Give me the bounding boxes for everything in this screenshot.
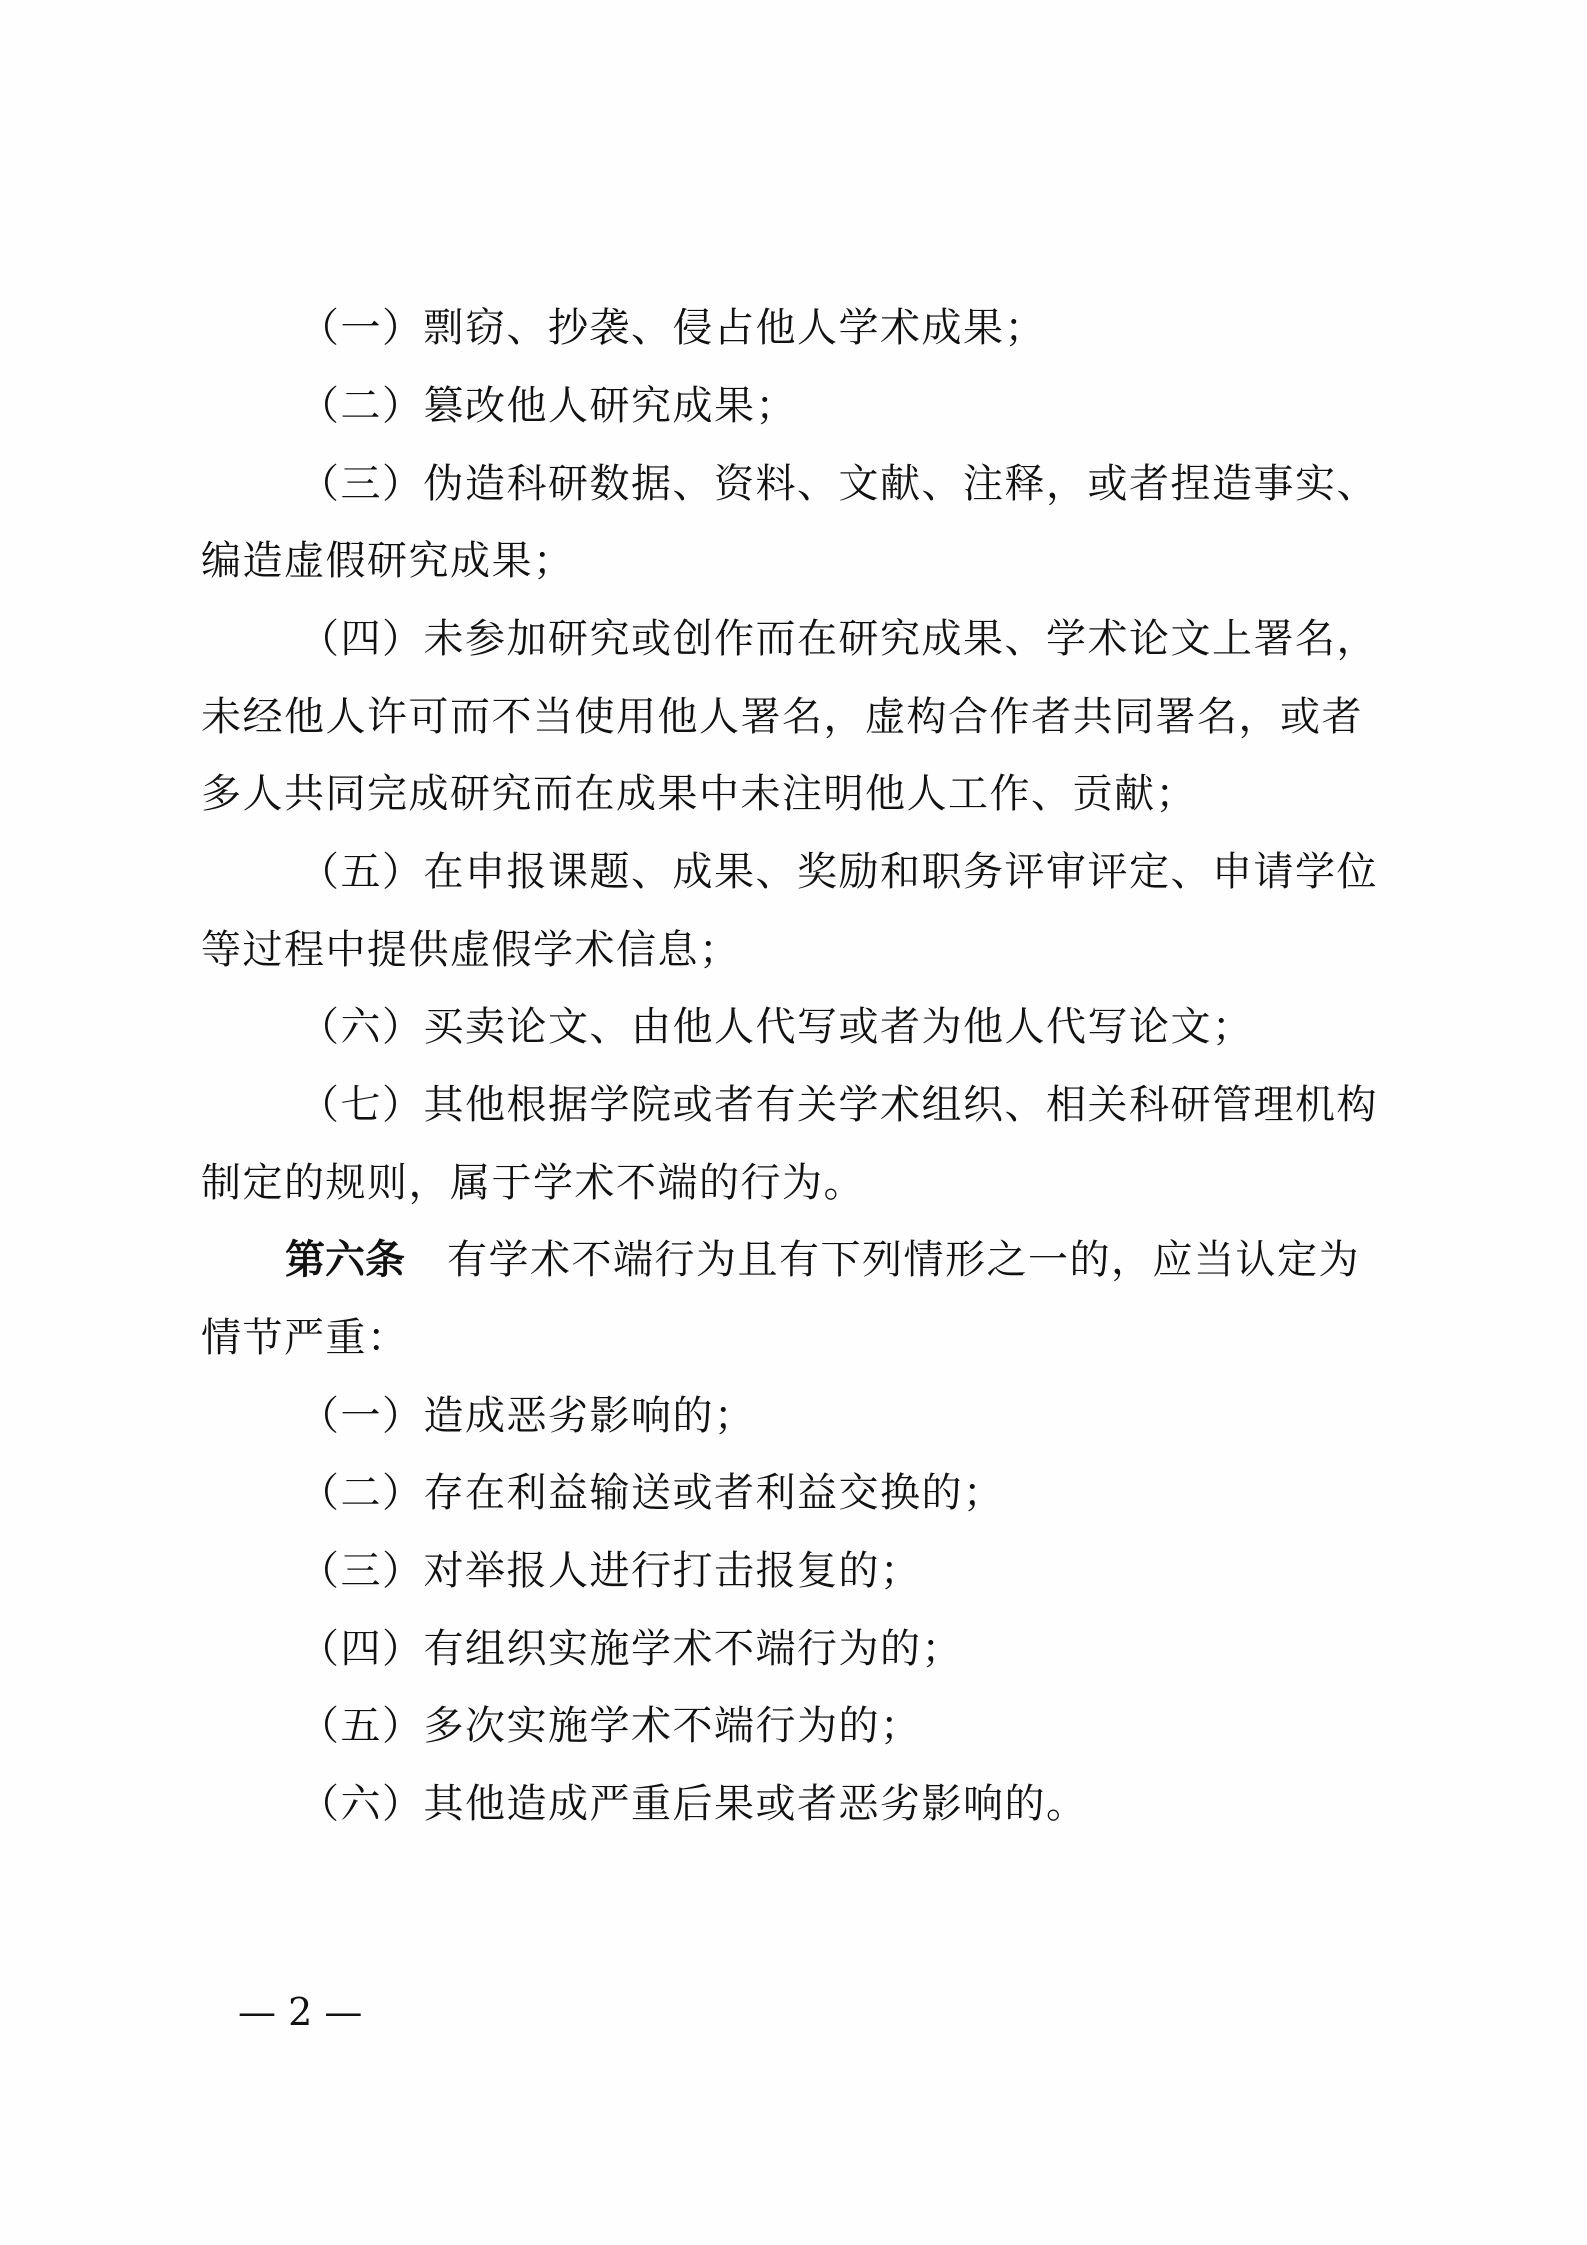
article-six-continued: 情节严重：: [201, 1299, 1391, 1377]
list-item-3: （三）伪造科研数据、资料、文献、注释，或者捏造事实、: [299, 445, 1489, 523]
page-number: — 2 —: [238, 1990, 362, 2034]
list-item-4-continued-2: 多人共同完成研究而在成果中未注明他人工作、贡献；: [201, 755, 1391, 833]
serious-item-6: （六）其他造成严重后果或者恶劣影响的。: [299, 1765, 1489, 1843]
list-item-5: （五）在申报课题、成果、奖励和职务评审评定、申请学位: [299, 833, 1489, 911]
list-item-7-continued: 制定的规则，属于学术不端的行为。: [201, 1144, 1391, 1222]
list-item-6: （六）买卖论文、由他人代写或者为他人代写论文；: [299, 988, 1489, 1066]
list-item-3-continued: 编造虚假研究成果；: [201, 522, 1391, 600]
article-six: 第六条有学术不端行为且有下列情形之一的，应当认定为: [285, 1221, 1475, 1299]
list-item-1: （一）剽窃、抄袭、侵占他人学术成果；: [299, 289, 1489, 367]
list-item-7: （七）其他根据学院或者有关学术组织、相关科研管理机构: [299, 1066, 1489, 1144]
article-text: 有学术不端行为且有下列情形之一的，应当认定为: [447, 1237, 1360, 1283]
list-item-2: （二）篡改他人研究成果；: [299, 367, 1489, 445]
serious-item-4: （四）有组织实施学术不端行为的；: [299, 1610, 1489, 1688]
article-heading: 第六条: [285, 1237, 405, 1283]
serious-item-1: （一）造成恶劣影响的；: [299, 1377, 1489, 1455]
serious-item-5: （五）多次实施学术不端行为的；: [299, 1687, 1489, 1765]
list-item-4: （四）未参加研究或创作而在研究成果、学术论文上署名，: [299, 600, 1489, 678]
list-item-5-continued: 等过程中提供虚假学术信息；: [201, 911, 1391, 989]
list-item-4-continued-1: 未经他人许可而不当使用他人署名，虚构合作者共同署名，或者: [201, 678, 1391, 756]
serious-item-3: （三）对举报人进行打击报复的；: [299, 1532, 1489, 1610]
document-page: （一）剽窃、抄袭、侵占他人学术成果； （二）篡改他人研究成果； （三）伪造科研数…: [0, 0, 1587, 2245]
serious-item-2: （二）存在利益输送或者利益交换的；: [299, 1454, 1489, 1532]
